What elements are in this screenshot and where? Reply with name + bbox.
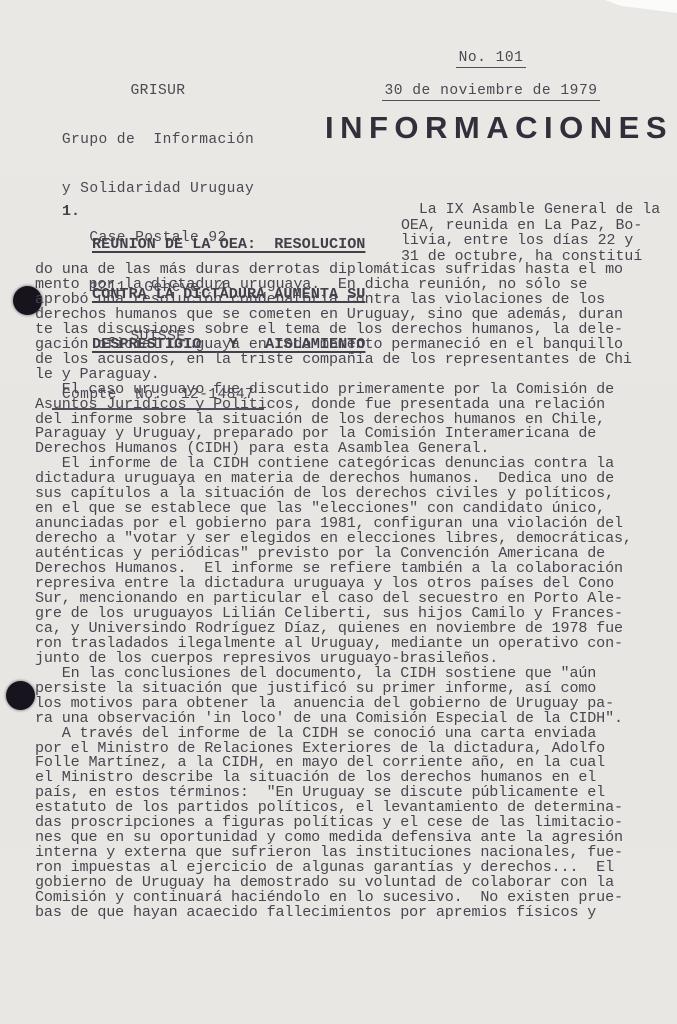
scan-corner-highlight	[605, 0, 677, 13]
article-paragraph: En las conclusiones del documento, la CI…	[35, 666, 665, 726]
article-body: do una de las más duras derrotas diplomá…	[35, 262, 665, 920]
article-intro-column: La IX Asamble General de la OEA, reunida…	[401, 203, 660, 265]
issue-header-block: No. 101 30 de noviembre de 1979 INFORMAC…	[325, 48, 657, 146]
org-name: GRISUR	[52, 83, 264, 99]
article-number: 1.	[62, 203, 80, 220]
org-line: y Solidaridad Uruguay	[52, 181, 264, 197]
article-heading-line: REUNION DE LA OEA: RESOLUCION	[92, 236, 365, 253]
article-paragraph: A través del informe de la CIDH se conoc…	[35, 726, 665, 920]
issue-number-row: No. 101	[325, 48, 657, 68]
article-paragraph: El caso uruguayo fue discutido primerame…	[35, 382, 665, 457]
issue-date-row: 30 de noviembre de 1979	[325, 81, 657, 101]
org-line: Grupo de Información	[52, 132, 264, 148]
issue-date: 30 de noviembre de 1979	[382, 83, 601, 101]
issue-number: No. 101	[456, 50, 527, 68]
article-paragraph: do una de las más duras derrotas diplomá…	[35, 262, 665, 382]
punch-hole-bottom	[6, 681, 35, 710]
newsletter-title: INFORMACIONES	[325, 110, 662, 146]
scanned-newsletter-page: GRISUR Grupo de Información y Solidarida…	[0, 0, 677, 1024]
article-paragraph: El informe de la CIDH contiene categóric…	[35, 456, 665, 665]
